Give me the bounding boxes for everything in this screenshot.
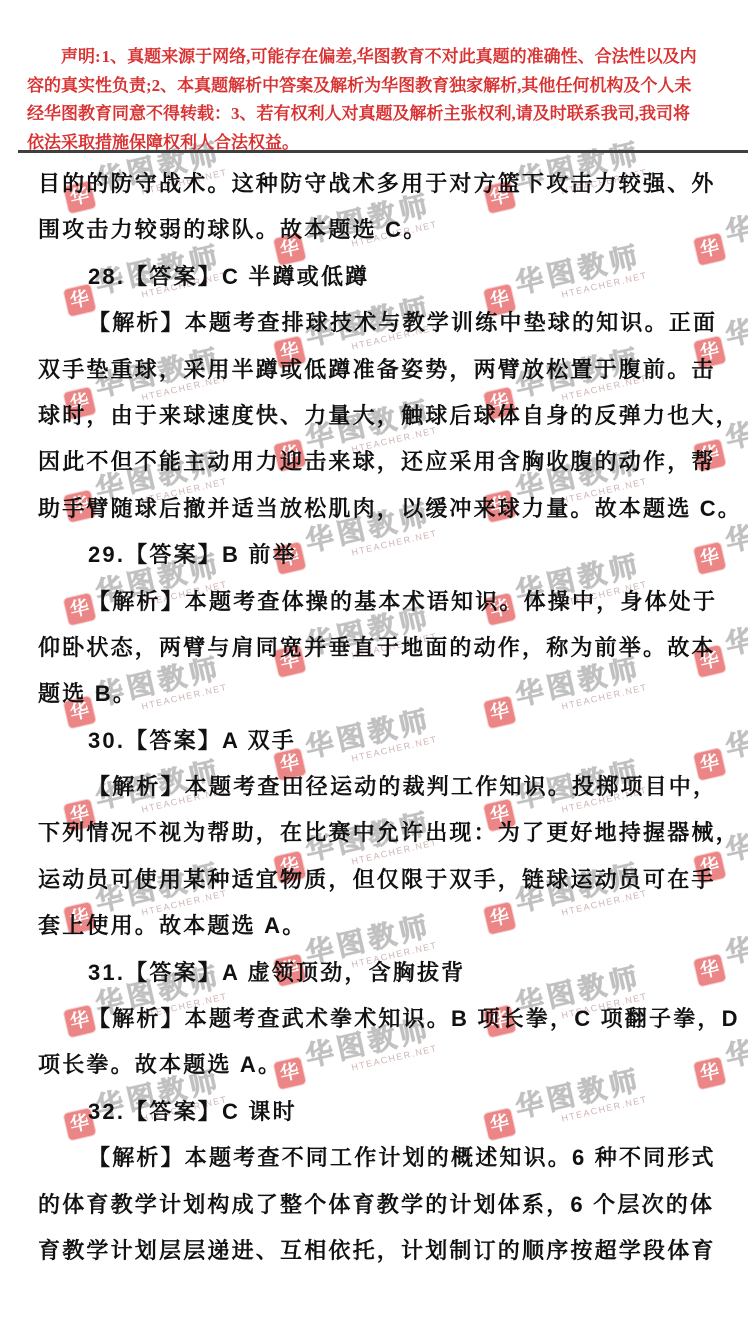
document-page: 华华图教师HTEACHER.NET华华图教师HTEACHER.NET华华图教师H…: [0, 0, 748, 1335]
disclaimer-line: 经华图教育同意不得转载：3、若有权利人对真题及解析主张权利,请及时联系我司,我司…: [27, 100, 729, 129]
disclaimer-text: 1、真题来源于网络,可能存在偏差,华图教育不对此真题的准确性、合法性以及内: [102, 47, 697, 66]
disclaimer-line: 声明:1、真题来源于网络,可能存在偏差,华图教育不对此真题的准确性、合法性以及内: [27, 43, 729, 72]
text-line: 育教学计划层层递进、互相依托，计划制订的顺序按超学段体育: [38, 1228, 714, 1274]
watermark-text-group: 华图教师HTEACHER.NET: [723, 910, 748, 978]
watermark-text-group: 华图教师HTEACHER.NET: [723, 601, 748, 669]
text-line: 球时，由于来球速度快、力量大，触球后球体自身的反弹力也大，: [38, 393, 714, 439]
disclaimer-line: 容的真实性负责;2、本真题解析中答案及解析为华图教育独家解析,其他任何机构及个人…: [27, 72, 729, 101]
disclaimer-label: 声明:: [61, 47, 101, 66]
analysis-line: 【解析】本题考查排球技术与教学训练中垫球的知识。正面: [38, 300, 714, 346]
answer-line-31: 31.【答案】A 虚领顶劲，含胸拔背: [38, 950, 714, 996]
watermark-text: 华图教师: [723, 704, 748, 762]
answer-line-30: 30.【答案】A 双手: [38, 718, 714, 764]
answer-line-29: 29.【答案】B 前举: [38, 532, 714, 578]
watermark-text-group: 华图教师HTEACHER.NET: [723, 704, 748, 772]
text-line: 运动员可使用某种适宜物质，但仅限于双手，链球运动员可在手: [38, 857, 714, 903]
analysis-line: 【解析】本题考查武术拳术知识。B 项长拳，C 项翻子拳，D: [38, 996, 714, 1042]
text-line: 下列情况不视为帮助，在比赛中允许出现：为了更好地持握器械，: [38, 810, 714, 856]
text-line: 项长拳。故本题选 A。: [38, 1042, 714, 1088]
answer-line-32: 32.【答案】C 课时: [38, 1089, 714, 1135]
watermark-text-group: 华图教师HTEACHER.NET: [723, 189, 748, 257]
text-line: 目的的防守战术。这种防守战术多用于对方篮下攻击力较强、外: [38, 161, 714, 207]
analysis-line: 【解析】本题考查田径运动的裁判工作知识。投掷项目中，: [38, 764, 714, 810]
answer-key-content: 目的的防守战术。这种防守战术多用于对方篮下攻击力较强、外 围攻击力较弱的球队。故…: [38, 161, 714, 1274]
watermark-text: 华图教师: [723, 292, 748, 350]
text-line: 题选 B。: [38, 671, 714, 717]
text-line: 因此不但不能主动用力迎击来球，还应采用含胸收腹的动作，帮: [38, 439, 714, 485]
text-line: 双手垫重球，采用半蹲或低蹲准备姿势，两臂放松置于腹前。击: [38, 347, 714, 393]
text-line: 套上使用。故本题选 A。: [38, 903, 714, 949]
section-divider: [18, 150, 748, 153]
watermark-text: 华图教师: [723, 189, 748, 247]
watermark-text: 华图教师: [723, 601, 748, 659]
watermark-text: 华图教师: [723, 910, 748, 968]
text-line: 围攻击力较弱的球队。故本题选 C。: [38, 207, 714, 253]
watermark-text-group: 华图教师HTEACHER.NET: [723, 292, 748, 360]
analysis-line: 【解析】本题考查体操的基本术语知识。体操中，身体处于: [38, 579, 714, 625]
analysis-line: 【解析】本题考查不同工作计划的概述知识。6 种不同形式: [38, 1135, 714, 1181]
text-line: 的体育教学计划构成了整个体育教学的计划体系，6 个层次的体: [38, 1182, 714, 1228]
answer-line-28: 28.【答案】C 半蹲或低蹲: [38, 254, 714, 300]
text-line: 仰卧状态，两臂与肩同宽并垂直于地面的动作，称为前举。故本: [38, 625, 714, 671]
disclaimer: 声明:1、真题来源于网络,可能存在偏差,华图教育不对此真题的准确性、合法性以及内…: [27, 43, 729, 157]
text-line: 助手臂随球后撤并适当放松肌肉，以缓冲来球力量。故本题选 C。: [38, 486, 714, 532]
